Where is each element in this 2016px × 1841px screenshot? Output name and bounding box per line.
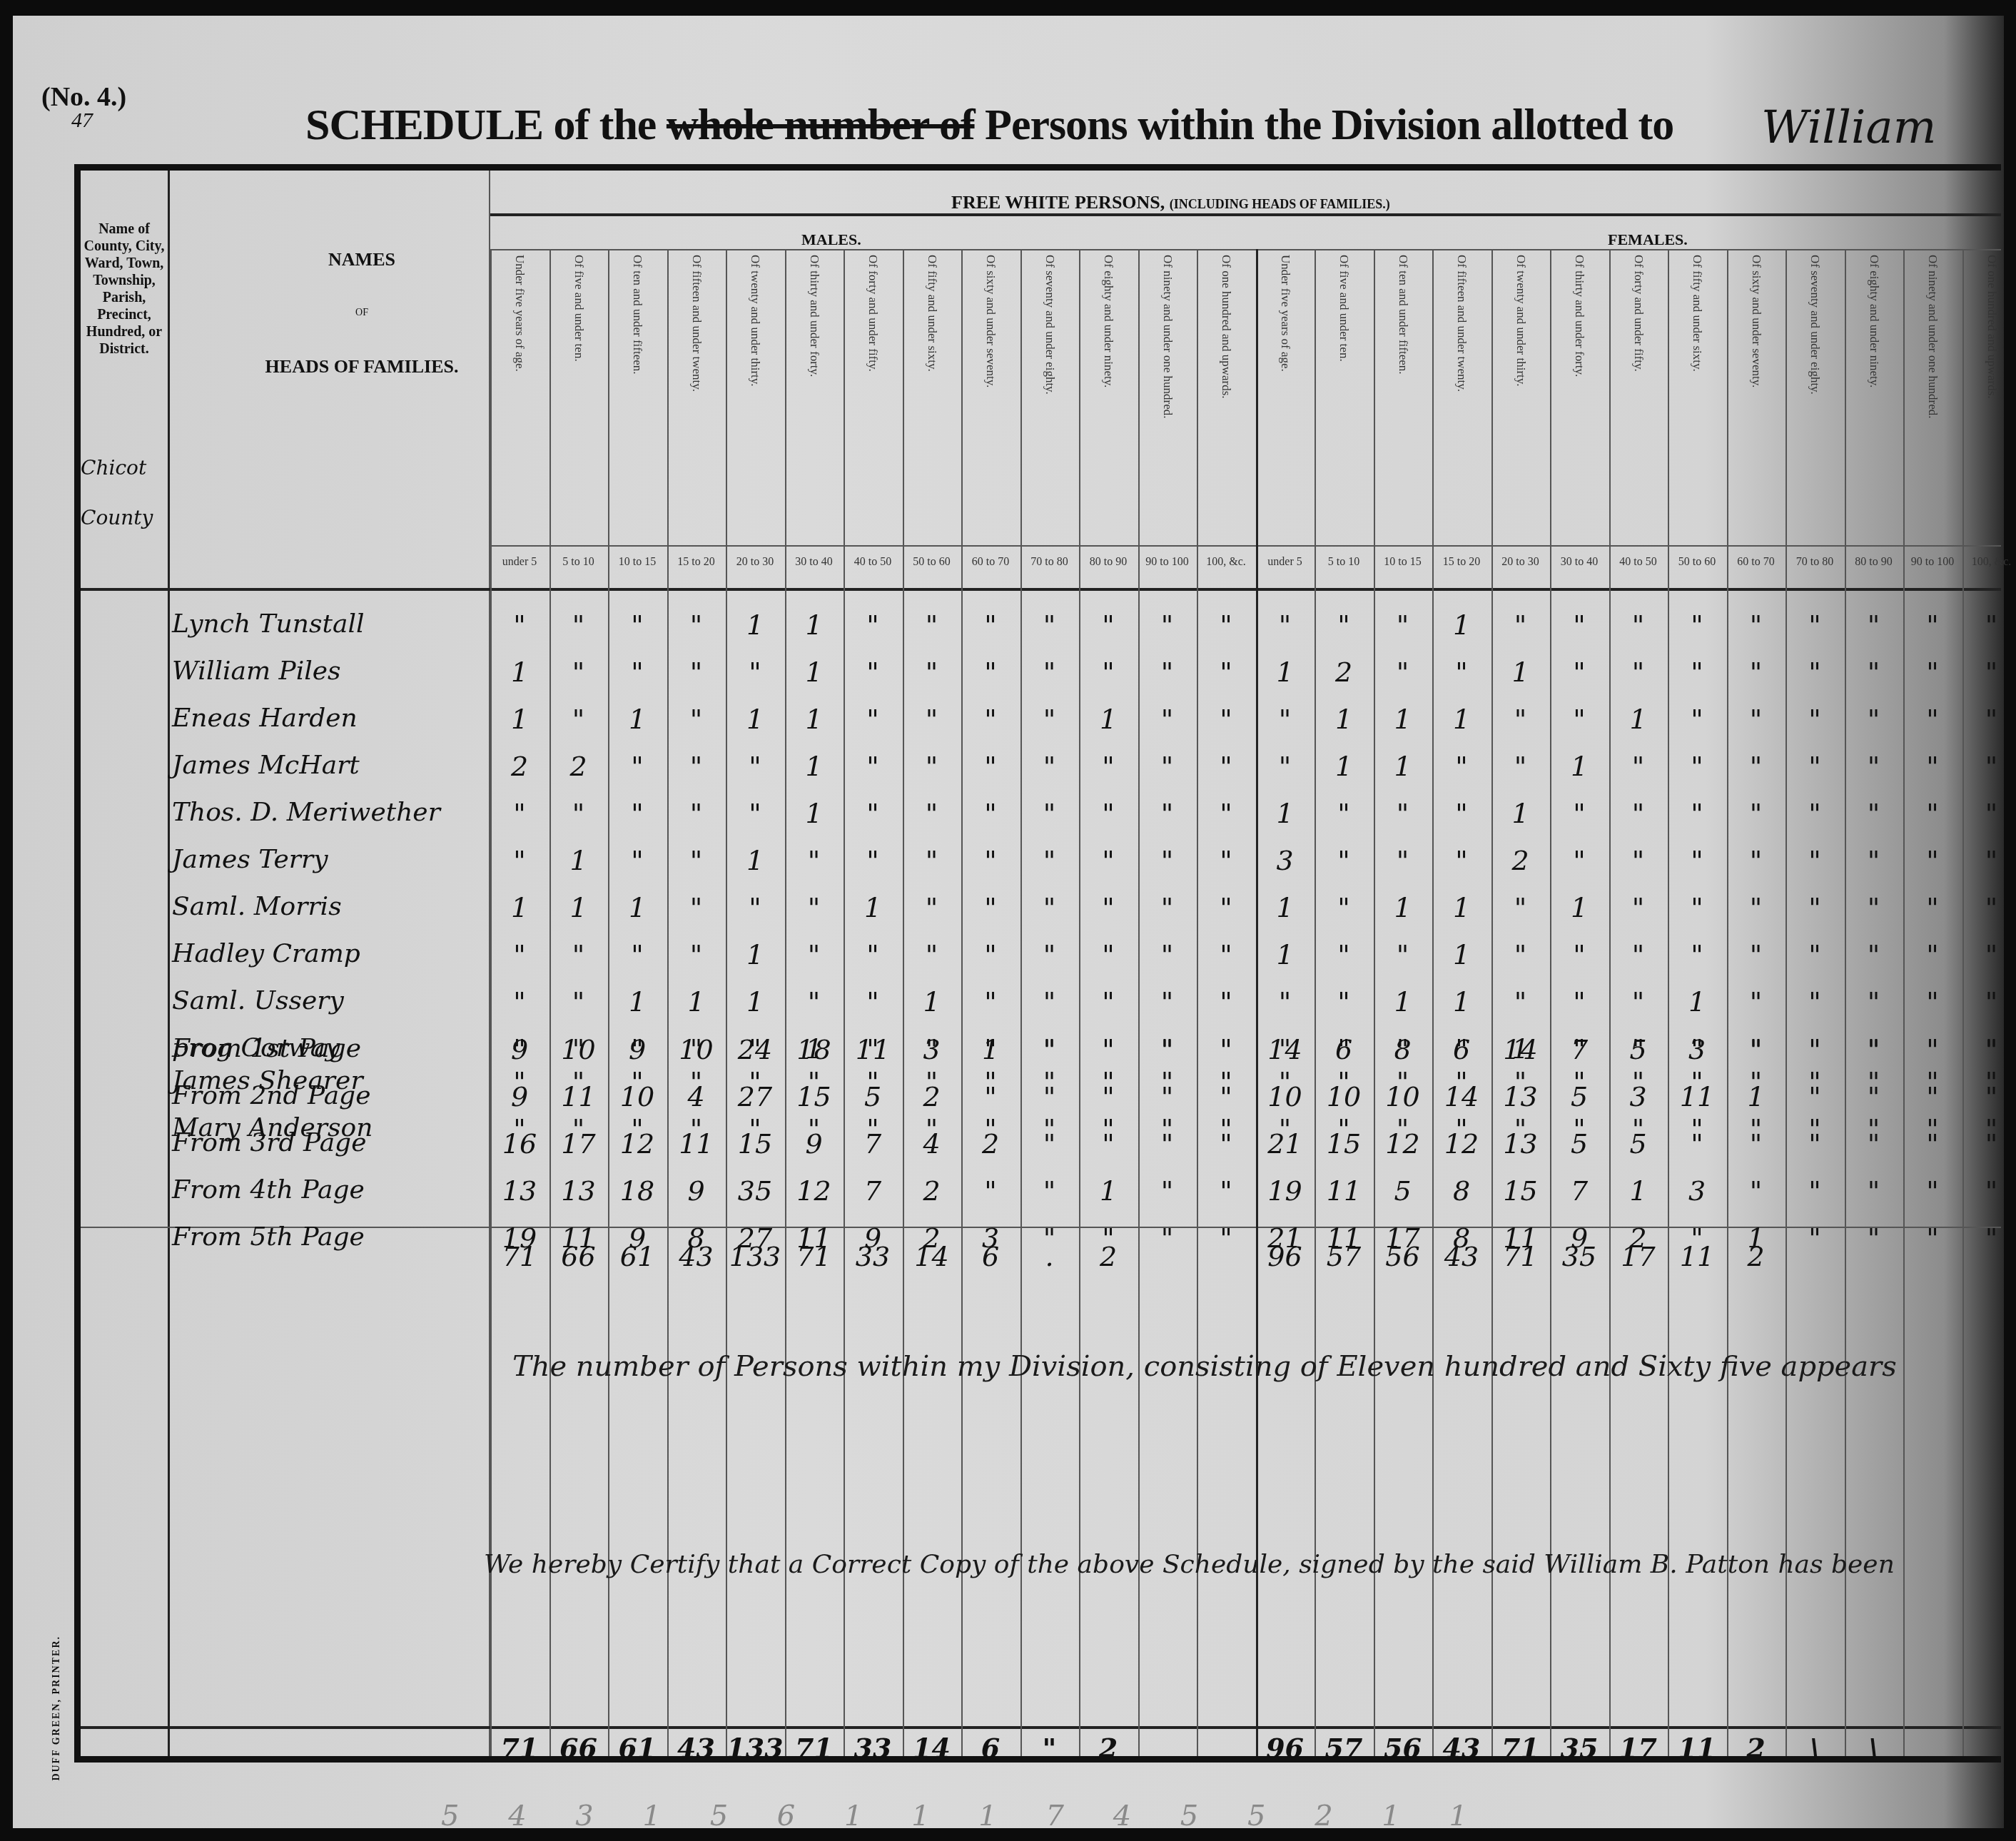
female-age-header: Of forty and under fifty. [1609,255,1668,540]
male-count: " [961,986,1020,1018]
male-count: " [490,609,549,641]
female-count: 13 [1491,1128,1550,1160]
age-label: Under five years of age. [1278,255,1292,540]
head-of-family: Thos. D. Meriwether [172,798,543,827]
male-count: 1 [726,939,784,970]
female-count: 7 [1550,1034,1609,1065]
female-count: 19 [1256,1175,1315,1207]
male-count: 15 [726,1128,784,1160]
female-age-range: 60 to 70 [1727,556,1785,569]
male-count: 9 [490,1081,549,1112]
male-count: " [1020,845,1079,876]
female-age-range: 30 to 40 [1550,556,1609,569]
male-count: " [903,751,961,782]
male-count: " [1138,1081,1197,1112]
female-age-header: Of fifty and under sixty. [1668,255,1726,540]
total-male: 66 [549,1732,608,1764]
female-age-header: Of five and under ten. [1315,255,1373,540]
male-count: " [1138,939,1197,970]
female-count: 1 [1432,939,1491,970]
male-count: " [667,939,726,970]
head-of-family: Saml. Morris [172,892,543,921]
population-note: The number of Persons within my Division… [512,1350,1897,1383]
title-suffix: Persons within the Division allotted to [985,101,1673,149]
male-count: 11 [844,1034,902,1065]
female-count: 5 [1550,1128,1609,1160]
male-count: 3 [903,1034,961,1065]
female-count: " [1256,704,1315,735]
male-age-header: Of ten and under fifteen. [608,255,667,540]
male-count: 1 [726,609,784,641]
male-count: " [1138,845,1197,876]
female-count: " [1491,751,1550,782]
male-count: 4 [667,1081,726,1112]
female-count: 1 [1432,704,1491,735]
age-label: Of one hundred and upwards. [1219,255,1233,540]
female-count: 1 [1315,751,1373,782]
age-label: Of thirty and under forty. [1572,255,1586,540]
female-count: " [1903,939,1962,970]
male-count: 24 [726,1034,784,1065]
title-struck: whole number of [667,101,975,149]
male-count: 11 [549,1081,608,1112]
subtotal-male: 71 [490,1241,549,1272]
male-age-range: 70 to 80 [1020,556,1079,569]
page-title: SCHEDULE of the whole number of Persons … [305,100,1673,151]
male-count: 10 [667,1034,726,1065]
subtotal-male: 43 [667,1241,726,1272]
female-count: 14 [1432,1081,1491,1112]
male-count: " [490,986,549,1018]
female-count: " [1550,656,1609,688]
female-age-range: 90 to 100 [1903,556,1962,569]
female-count: " [1962,751,2016,782]
male-count: " [1197,1128,1255,1160]
male-age-range: 30 to 40 [785,556,844,569]
male-age-header: Of thirty and under forty. [785,255,844,540]
males-label: MALES. [801,230,861,249]
male-count: 1 [844,892,902,923]
female-age-range: 80 to 90 [1845,556,1903,569]
male-count: 2 [903,1081,961,1112]
male-count: " [1197,939,1255,970]
female-count: " [1550,609,1609,641]
female-count: " [1845,751,1903,782]
male-age-range: 15 to 20 [667,556,726,569]
female-count: " [1609,656,1668,688]
male-count: " [1020,704,1079,735]
female-count: " [1727,986,1785,1018]
female-count: " [1668,892,1726,923]
male-count: " [1079,656,1138,688]
female-count: " [1845,939,1903,970]
male-count: " [1138,798,1197,829]
female-count: " [1315,609,1373,641]
male-count: " [1138,1175,1197,1207]
female-count: 3 [1609,1081,1668,1112]
male-age-header: Under five years of age. [490,255,549,540]
male-age-header: Of five and under ten. [549,255,608,540]
male-count: 5 [844,1081,902,1112]
total-male: 61 [608,1732,667,1764]
male-count: " [1197,656,1255,688]
male-count: " [1020,1128,1079,1160]
female-count: " [1962,704,2016,735]
female-count: 14 [1256,1034,1315,1065]
male-count: 13 [490,1175,549,1207]
male-count: " [667,751,726,782]
female-count: 13 [1491,1081,1550,1112]
female-age-header: Of seventy and under eighty. [1785,255,1844,540]
female-count: " [1491,609,1550,641]
female-count: " [1962,1175,2016,1207]
male-age-range: 40 to 50 [844,556,902,569]
divider [490,213,2001,216]
age-label: Of one hundred and upwards. [1985,255,1999,540]
female-count: 1 [1256,892,1315,923]
female-count: " [1668,656,1726,688]
male-count: " [608,798,667,829]
age-label: Of twenty and under thirty. [1514,255,1528,540]
male-count: " [1079,1128,1138,1160]
female-count: " [1903,704,1962,735]
female-count: 1 [1315,704,1373,735]
head-of-family: From 2nd Page [172,1081,543,1110]
male-age-range: 100, &c. [1197,556,1255,569]
male-count: " [549,986,608,1018]
female-count: 11 [1668,1081,1726,1112]
female-count: 1 [1432,986,1491,1018]
male-count: " [785,939,844,970]
male-count: " [1138,986,1197,1018]
male-count: 1 [785,798,844,829]
female-count: " [1727,1175,1785,1207]
age-label: Of forty and under fifty. [866,255,880,540]
female-count: 1 [1374,986,1432,1018]
title-prefix: SCHEDULE of the [305,101,656,149]
male-count: " [667,798,726,829]
male-count: " [1197,1081,1255,1112]
group-title: FREE WHITE PERSONS, [951,192,1165,213]
female-count: " [1256,751,1315,782]
male-count: " [667,704,726,735]
female-count: 10 [1374,1081,1432,1112]
male-count: " [1197,1034,1255,1065]
male-count: " [1138,1222,1197,1254]
female-count: 11 [1315,1175,1373,1207]
male-count: " [1197,986,1255,1018]
female-count: " [1668,845,1726,876]
male-age-header: Of fifty and under sixty. [903,255,961,540]
male-count: " [667,609,726,641]
female-count: " [1727,751,1785,782]
male-count: " [903,704,961,735]
male-count: 9 [785,1128,844,1160]
male-count: 1 [785,656,844,688]
total-male: " [1020,1732,1079,1764]
male-count: " [490,798,549,829]
female-count: " [1785,656,1844,688]
male-age-range: under 5 [490,556,549,569]
female-count: " [1845,1034,1903,1065]
male-count: 1 [785,704,844,735]
female-count: " [1785,1222,1844,1254]
female-age-range: 10 to 15 [1374,556,1432,569]
male-count: 1 [726,986,784,1018]
female-count: " [1315,798,1373,829]
male-count: " [1197,845,1255,876]
male-count: " [1197,798,1255,829]
female-count: " [1785,1128,1844,1160]
male-count: " [961,704,1020,735]
divider [490,545,2001,547]
female-count: " [1903,1034,1962,1065]
female-count: " [1491,939,1550,970]
male-count: 1 [667,986,726,1018]
total-male: 14 [903,1732,961,1764]
female-age-header: Of twenty and under thirty. [1491,255,1550,540]
female-count: " [1785,751,1844,782]
male-age-range: 20 to 30 [726,556,784,569]
male-count: " [1020,1034,1079,1065]
female-age-header: Under five years of age. [1256,255,1315,540]
female-count: " [1374,609,1432,641]
subtotal-male: 66 [549,1241,608,1272]
male-age-range: 10 to 15 [608,556,667,569]
male-count: 18 [608,1175,667,1207]
male-count: 1 [961,1034,1020,1065]
male-count: " [1197,704,1255,735]
total-male: 2 [1079,1732,1138,1764]
age-label: Of forty and under fifty. [1631,255,1646,540]
female-count: 1 [1256,656,1315,688]
group-subtitle: (INCLUDING HEADS OF FAMILIES.) [1170,197,1390,211]
county-column-header: Name of County, City, Ward, Town, Townsh… [81,220,168,357]
male-count: 2 [903,1175,961,1207]
male-count: " [844,986,902,1018]
female-count: " [1962,1081,2016,1112]
male-count: 35 [726,1175,784,1207]
female-count: 8 [1374,1034,1432,1065]
female-count: " [1727,609,1785,641]
total-male: 6 [961,1732,1020,1764]
male-age-header: Of forty and under fifty. [844,255,902,540]
head-of-family: From 5th Page [172,1222,543,1252]
female-count: " [1903,656,1962,688]
age-label: Of ninety and under one hundred. [1925,255,1940,540]
female-count: 1 [1550,751,1609,782]
female-count: 2 [1491,845,1550,876]
female-count: " [1962,798,2016,829]
male-count: " [844,798,902,829]
male-count: " [726,656,784,688]
female-age-range: 40 to 50 [1609,556,1668,569]
male-count: " [903,798,961,829]
male-count: " [667,656,726,688]
male-count: 11 [667,1128,726,1160]
male-count: " [1079,1081,1138,1112]
female-count: " [1315,892,1373,923]
female-count: " [1727,892,1785,923]
assignee-handwriting: William [1761,101,1936,154]
male-count: 1 [490,704,549,735]
certification-note: We hereby Certify that a Correct Copy of… [484,1550,1895,1579]
female-count: " [1962,1034,2016,1065]
female-count: " [1845,986,1903,1018]
male-count: " [726,798,784,829]
female-count: " [1609,939,1668,970]
male-count: 17 [549,1128,608,1160]
female-count: " [1903,751,1962,782]
female-count: " [1845,609,1903,641]
total-female: \ [1845,1732,1903,1764]
male-count: " [961,751,1020,782]
female-count: " [1315,986,1373,1018]
total-male: 43 [667,1732,726,1764]
male-count: 7 [844,1175,902,1207]
male-age-range: 80 to 90 [1079,556,1138,569]
female-count: " [1668,609,1726,641]
male-count: 1 [1079,1175,1138,1207]
male-age-range: 50 to 60 [903,556,961,569]
female-count: " [1727,704,1785,735]
female-count: " [1491,986,1550,1018]
male-count: " [844,656,902,688]
age-label: Of ten and under fifteen. [1396,255,1410,540]
male-age-header: Of one hundred and upwards. [1197,255,1255,540]
male-count: " [1020,939,1079,970]
male-count: 2 [961,1128,1020,1160]
total-female: 35 [1550,1732,1609,1764]
names-header-top: NAMES [328,249,395,270]
male-count: " [726,892,784,923]
female-count: " [1903,1081,1962,1112]
female-count: " [1845,656,1903,688]
male-count: " [844,704,902,735]
female-count: " [1962,939,2016,970]
male-age-header: Of sixty and under seventy. [961,255,1020,540]
female-count: " [1727,939,1785,970]
total-female: 43 [1432,1732,1491,1764]
male-count: " [844,939,902,970]
female-count: " [1668,704,1726,735]
subtotal-female: 2 [1727,1241,1785,1272]
male-count: " [844,751,902,782]
female-count: 1 [1256,939,1315,970]
female-count: " [1550,704,1609,735]
male-count: 9 [608,1034,667,1065]
male-count: " [1138,704,1197,735]
male-age-range: 5 to 10 [549,556,608,569]
female-count: " [1491,704,1550,735]
age-label: Of twenty and under thirty. [748,255,762,540]
male-count: " [549,798,608,829]
male-count: " [1079,751,1138,782]
male-count: " [726,751,784,782]
female-count: " [1903,798,1962,829]
male-count: " [903,656,961,688]
female-count: 14 [1491,1034,1550,1065]
male-count: " [1197,892,1255,923]
female-count: " [1256,609,1315,641]
total-female: 96 [1256,1732,1315,1764]
male-count: " [1020,1081,1079,1112]
female-count: " [1550,798,1609,829]
male-count: " [1020,609,1079,641]
female-count: " [1609,751,1668,782]
female-count: 21 [1256,1128,1315,1160]
female-age-header: Of one hundred and upwards. [1962,255,2016,540]
female-count: " [1962,1128,2016,1160]
female-count: " [1785,609,1844,641]
female-count: 10 [1256,1081,1315,1112]
male-count: 1 [549,892,608,923]
female-count: " [1315,845,1373,876]
subtotal-male: 14 [903,1241,961,1272]
divider [81,588,2001,591]
male-count: 1 [490,656,549,688]
subtotal-male: 133 [726,1241,784,1272]
subtotal-female: 96 [1256,1241,1315,1272]
female-count: " [1785,892,1844,923]
female-count: " [1256,986,1315,1018]
female-count: " [1432,845,1491,876]
male-count: " [1079,939,1138,970]
total-male: 71 [785,1732,844,1764]
female-count: 1 [1374,892,1432,923]
female-age-header: Of eighty and under ninety. [1845,255,1903,540]
male-count: " [1079,609,1138,641]
male-count: " [1079,845,1138,876]
male-count: " [1079,798,1138,829]
female-count: 12 [1374,1128,1432,1160]
female-count: " [1374,656,1432,688]
male-count: " [785,892,844,923]
male-count: 2 [549,751,608,782]
female-count: 12 [1432,1128,1491,1160]
male-count: " [961,1081,1020,1112]
names-header-bottom: HEADS OF FAMILIES. [265,356,459,377]
total-female: 57 [1315,1732,1373,1764]
male-count: 18 [785,1034,844,1065]
male-count: " [961,1175,1020,1207]
age-label: Of fifteen and under twenty. [1454,255,1469,540]
female-count: 1 [1256,798,1315,829]
total-female: 11 [1668,1732,1726,1764]
head-of-family: William Piles [172,656,543,686]
female-count: 6 [1432,1034,1491,1065]
female-age-header: Of sixty and under seventy. [1727,255,1785,540]
age-label: Of eighty and under ninety. [1867,255,1881,540]
subtotal-female: 43 [1432,1241,1491,1272]
age-label: Of seventy and under eighty. [1043,255,1057,540]
male-count: 1 [1079,704,1138,735]
male-count: 7 [844,1128,902,1160]
female-count: " [1432,798,1491,829]
male-count: " [903,939,961,970]
male-count: 1 [608,704,667,735]
male-count: " [961,798,1020,829]
female-count: " [1845,845,1903,876]
male-count: 1 [490,892,549,923]
male-count: " [667,892,726,923]
total-male: 133 [726,1732,784,1764]
female-count: 1 [1432,609,1491,641]
female-age-range: under 5 [1256,556,1315,569]
male-count: 10 [549,1034,608,1065]
female-count: " [1962,892,2016,923]
county-label: County [81,506,168,529]
